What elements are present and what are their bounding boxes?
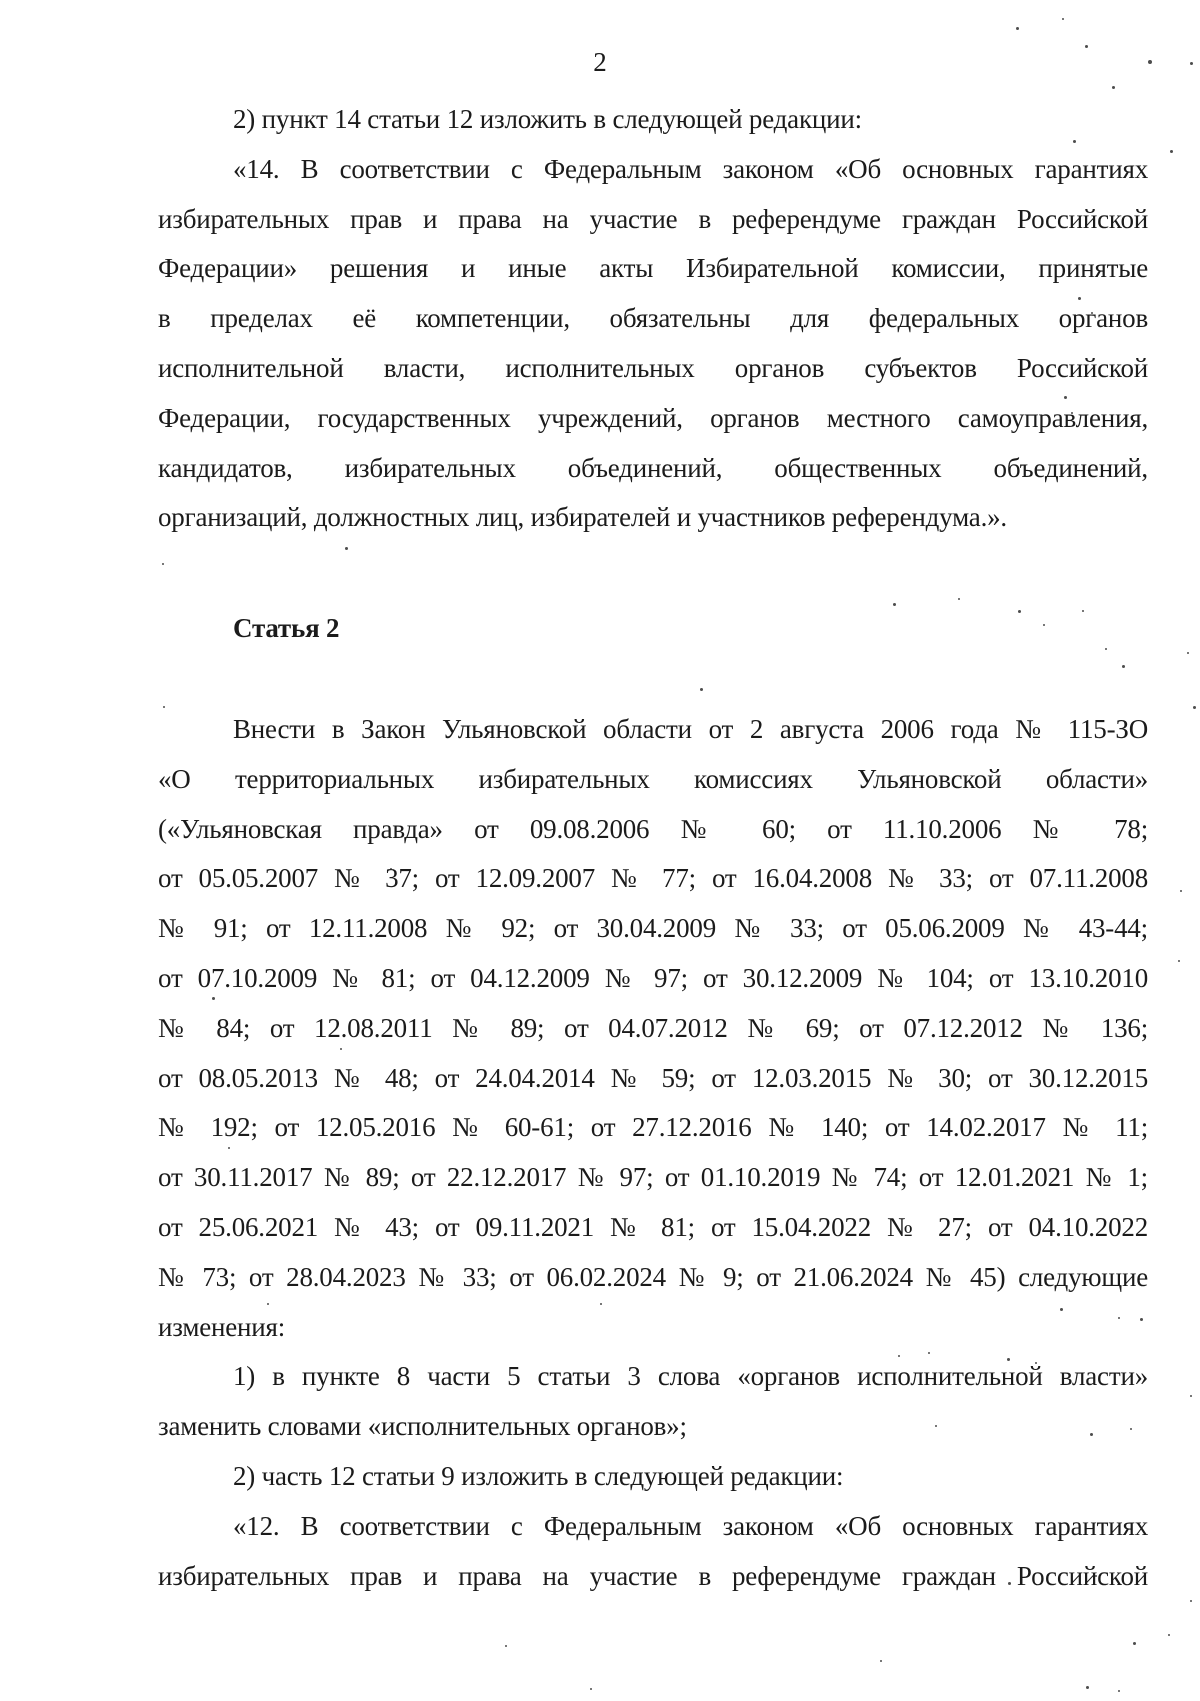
para-article-2-intro: Внести в Закон Ульяновской области от 2 … — [158, 705, 1148, 1352]
document-page: 2 2) пункт 14 статьи 12 изложить в следу… — [0, 0, 1200, 1701]
text-line: «12. В соответствии с Федеральным законо… — [158, 1502, 1148, 1552]
text-line: организаций, должностных лиц, избирателе… — [158, 493, 1148, 543]
scan-speck — [1073, 140, 1076, 143]
scan-speck — [928, 1352, 930, 1354]
scan-speck — [935, 1425, 937, 1427]
para-amendment-point-2: 2) пункт 14 статьи 12 изложить в следующ… — [158, 95, 1148, 145]
text-line: в пределах её компетенции, обязательны д… — [158, 294, 1148, 344]
scan-speck — [1193, 706, 1196, 709]
text-line: Федерации, государственных учреждений, о… — [158, 394, 1148, 444]
scan-speck — [1112, 86, 1115, 89]
text-line: № 84; от 12.08.2011 № 89; от 04.07.2012 … — [158, 1004, 1148, 1054]
text-line: изменения: — [158, 1303, 1148, 1353]
para-quote-part-12: «12. В соответствии с Федеральным законо… — [158, 1502, 1148, 1602]
scan-speck — [1095, 1575, 1097, 1577]
scan-speck — [1122, 665, 1125, 668]
heading-article-2: Статья 2 — [158, 604, 1148, 654]
scan-speck — [1062, 18, 1064, 20]
scan-speck — [1118, 1690, 1120, 1692]
scan-speck — [1130, 1428, 1132, 1430]
scan-speck — [958, 598, 960, 600]
text-line: «О территориальных избирательных комисси… — [158, 755, 1148, 805]
scan-speck — [1018, 610, 1021, 613]
text-line: «14. В соответствии с Федеральным законо… — [158, 145, 1148, 195]
scan-speck — [1091, 312, 1093, 314]
scan-speck — [1190, 1600, 1192, 1602]
scan-speck — [1078, 297, 1081, 300]
scan-speck — [1133, 1642, 1136, 1645]
page-number: 2 — [0, 44, 1200, 80]
scan-speck — [1180, 890, 1182, 892]
text-line: заменить словами «исполнительных органов… — [158, 1402, 1148, 1452]
scan-speck — [1190, 1395, 1192, 1397]
scan-speck — [1060, 1308, 1063, 1311]
scan-speck — [267, 1303, 269, 1305]
text-line: Статья 2 — [158, 604, 1148, 654]
scan-speck — [1105, 648, 1107, 650]
scan-speck — [1190, 62, 1193, 65]
text-line: от 07.10.2009 № 81; от 04.12.2009 № 97; … — [158, 954, 1148, 1004]
scan-speck — [212, 997, 215, 1000]
scan-speck — [1007, 1358, 1010, 1361]
scan-speck — [893, 603, 896, 606]
scan-speck — [700, 688, 703, 691]
scan-speck — [898, 1355, 900, 1357]
text-line: № 192; от 12.05.2016 № 60-61; от 27.12.2… — [158, 1103, 1148, 1153]
text-line: от 30.11.2017 № 89; от 22.12.2017 № 97; … — [158, 1153, 1148, 1203]
para-change-item-2: 2) часть 12 статьи 9 изложить в следующе… — [158, 1452, 1148, 1502]
text-line: исполнительной власти, исполнительных ор… — [158, 344, 1148, 394]
scan-speck — [345, 547, 348, 550]
scan-speck — [1168, 1634, 1170, 1636]
scan-speck — [1085, 45, 1088, 48]
scan-speck — [757, 1222, 760, 1225]
text-line: кандидатов, избирательных объединений, о… — [158, 444, 1148, 494]
document-content: 2) пункт 14 статьи 12 изложить в следующ… — [158, 95, 1148, 1601]
scan-speck — [390, 868, 392, 870]
scan-speck — [1008, 1582, 1011, 1585]
text-line: («Ульяновская правда» от 09.08.2006 № 60… — [158, 805, 1148, 855]
scan-speck — [590, 1688, 592, 1690]
scan-speck — [163, 706, 165, 708]
scan-speck — [1170, 150, 1173, 153]
scan-speck — [162, 563, 164, 565]
text-line: № 73; от 28.04.2023 № 33; от 06.02.2024 … — [158, 1253, 1148, 1303]
text-line: от 05.05.2007 № 37; от 12.09.2007 № 77; … — [158, 854, 1148, 904]
para-change-item-1: 1) в пункте 8 части 5 статьи 3 слова «ор… — [158, 1352, 1148, 1452]
scan-speck — [600, 1303, 602, 1305]
text-line: избирательных прав и права на участие в … — [158, 1552, 1148, 1602]
text-line: 1) в пункте 8 части 5 статьи 3 слова «ор… — [158, 1352, 1148, 1402]
scan-speck — [1140, 1318, 1143, 1321]
scan-speck — [1086, 1686, 1089, 1689]
scan-speck — [505, 1645, 507, 1647]
text-line: от 08.05.2013 № 48; от 24.04.2014 № 59; … — [158, 1054, 1148, 1104]
scan-speck — [880, 1660, 882, 1662]
scan-speck — [1118, 1317, 1120, 1319]
scan-speck — [1043, 624, 1045, 626]
scan-speck — [1178, 960, 1180, 962]
scan-speck — [1082, 610, 1084, 612]
text-line: избирательных прав и права на участие в … — [158, 195, 1148, 245]
scan-speck — [1187, 652, 1189, 654]
scan-speck — [1148, 60, 1152, 64]
text-line: Внести в Закон Ульяновской области от 2 … — [158, 705, 1148, 755]
scan-speck — [1035, 1362, 1037, 1364]
scan-speck — [1071, 412, 1073, 414]
text-line: Федерации» решения и иные акты Избирател… — [158, 244, 1148, 294]
text-line: от 25.06.2021 № 43; от 09.11.2021 № 81; … — [158, 1203, 1148, 1253]
para-quote-point-14: «14. В соответствии с Федеральным законо… — [158, 145, 1148, 543]
scan-speck — [1048, 1218, 1050, 1220]
text-line: № 91; от 12.11.2008 № 92; от 30.04.2009 … — [158, 904, 1148, 954]
scan-speck — [1064, 396, 1067, 399]
scan-speck — [340, 1048, 342, 1050]
text-line: 2) часть 12 статьи 9 изложить в следующе… — [158, 1452, 1148, 1502]
scan-speck — [1016, 27, 1019, 30]
scan-speck — [1090, 1433, 1093, 1436]
scan-speck — [228, 1147, 230, 1149]
text-line: 2) пункт 14 статьи 12 изложить в следующ… — [158, 95, 1148, 145]
